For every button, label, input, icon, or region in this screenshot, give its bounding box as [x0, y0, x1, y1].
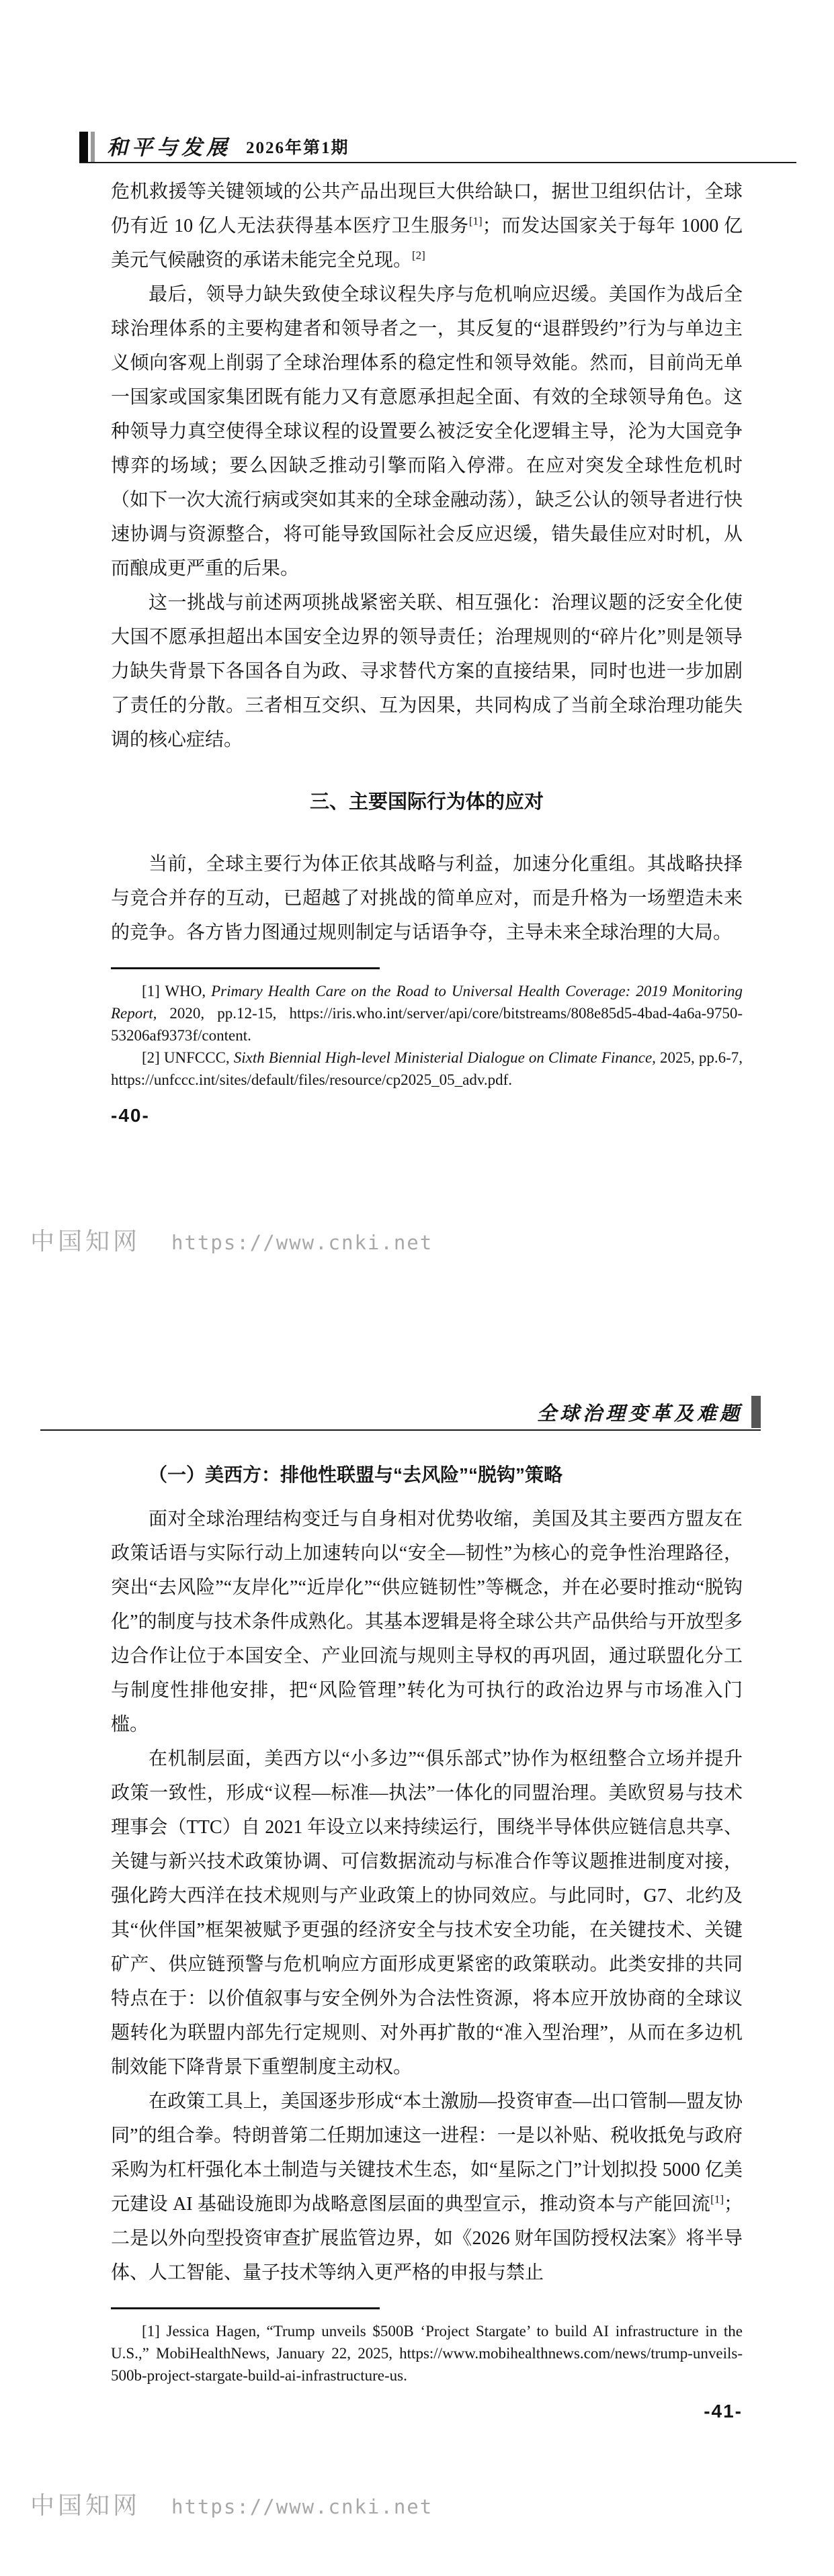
footnote-ref-1: [1] — [469, 215, 483, 228]
page41-text-column: （一）美西方：排他性联盟与“去风险”“脱钩”策略 面对全球治理结构变迁与自身相对… — [111, 1431, 743, 2426]
footnote-ref-2: [2] — [412, 249, 425, 262]
paragraph-text: 在政策工具上，美国逐步形成“本土激励—投资审查—出口管制—盟友协同”的组合拳。特… — [111, 2091, 743, 2215]
sub-section-heading: （一）美西方：排他性联盟与“去风险”“脱钩”策略 — [111, 1458, 743, 1492]
footnote: [2] UNFCCC, Sixth Biennial High-level Mi… — [111, 1047, 743, 1091]
footnote-separator — [111, 967, 380, 969]
page41-number: -41- — [111, 2397, 743, 2426]
page41-running-head: 全球治理变革及难题 — [537, 1398, 743, 1426]
paragraph: 这一挑战与前述两项挑战紧密关联、相互强化：治理议题的泛安全化使大国不愿承担超出本… — [111, 586, 743, 757]
cnki-brand: 中国知网 — [30, 1223, 140, 1257]
footnote-label: [1] — [142, 2323, 160, 2340]
cnki-url: https://www.cnki.net — [171, 2495, 433, 2518]
footnote-label: [1] — [142, 983, 160, 1000]
paragraph: 最后，领导力缺失致使全球议程失序与危机响应迟缓。美国作为战后全球治理体系的主要构… — [111, 277, 743, 586]
paragraph: 在机制层面，美西方以“小多边”“俱乐部式”协作为枢纽整合立场并提升政策一致性，形… — [111, 1742, 743, 2084]
footnote-text: 2020, pp.12-15, https://iris.who.int/ser… — [111, 1005, 743, 1044]
page40-text-column: 危机救援等关键领域的公共产品出现巨大供给缺口，据世卫组织估计，全球仍有近 10 … — [111, 175, 743, 1130]
issue-label: 2026年第1期 — [246, 134, 349, 163]
footnote-ref-1: [1] — [710, 2193, 724, 2206]
cnki-brand: 中国知网 — [30, 2487, 140, 2521]
footnote-text: Jessica Hagen, “Trump unveils $500B ‘Pro… — [111, 2323, 743, 2384]
section-heading: 三、主要国际行为体的应对 — [111, 784, 743, 820]
paragraph: 面对全球治理结构变迁与自身相对优势收缩，美国及其主要西方盟友在政策话语与实际行动… — [111, 1502, 743, 1742]
footnote: [1] Jessica Hagen, “Trump unveils $500B … — [111, 2320, 743, 2387]
paragraph: 危机救援等关键领域的公共产品出现巨大供给缺口，据世卫组织估计，全球仍有近 10 … — [111, 175, 743, 277]
page40-number: -40- — [111, 1102, 743, 1130]
document-canvas: 和平与发展 2026年第1期 危机救援等关键领域的公共产品出现巨大供给缺口，据世… — [0, 0, 834, 2576]
footnote-label: [2] — [142, 1049, 160, 1066]
paragraph: 当前，全球主要行为体正依其战略与利益，加速分化重组。其战略抉择与竞合并存的互动，… — [111, 847, 743, 950]
header-gray-bar — [91, 132, 95, 163]
page40-header: 和平与发展 2026年第1期 — [79, 130, 349, 163]
cnki-watermark: 中国知网 https://www.cnki.net — [30, 2487, 433, 2521]
page40-footnotes: [1] WHO, Primary Health Care on the Road… — [111, 980, 743, 1091]
paragraph: 在政策工具上，美国逐步形成“本土激励—投资审查—出口管制—盟友协同”的组合拳。特… — [111, 2084, 743, 2290]
footnote: [1] WHO, Primary Health Care on the Road… — [111, 980, 743, 1047]
page41-footnotes: [1] Jessica Hagen, “Trump unveils $500B … — [111, 2320, 743, 2387]
footnote-title: Sixth Biennial High-level Ministerial Di… — [234, 1049, 656, 1066]
footnote-text: UNFCCC, — [160, 1049, 234, 1066]
footnote-text: WHO, — [160, 983, 211, 1000]
header-black-bar — [79, 132, 88, 163]
page41-header-bar — [751, 1396, 761, 1428]
page40-header-rule — [79, 162, 796, 163]
cnki-url: https://www.cnki.net — [171, 1231, 433, 1254]
cnki-watermark: 中国知网 https://www.cnki.net — [30, 1223, 433, 1257]
footnote-separator — [111, 2307, 380, 2309]
journal-title: 和平与发展 — [107, 133, 231, 163]
